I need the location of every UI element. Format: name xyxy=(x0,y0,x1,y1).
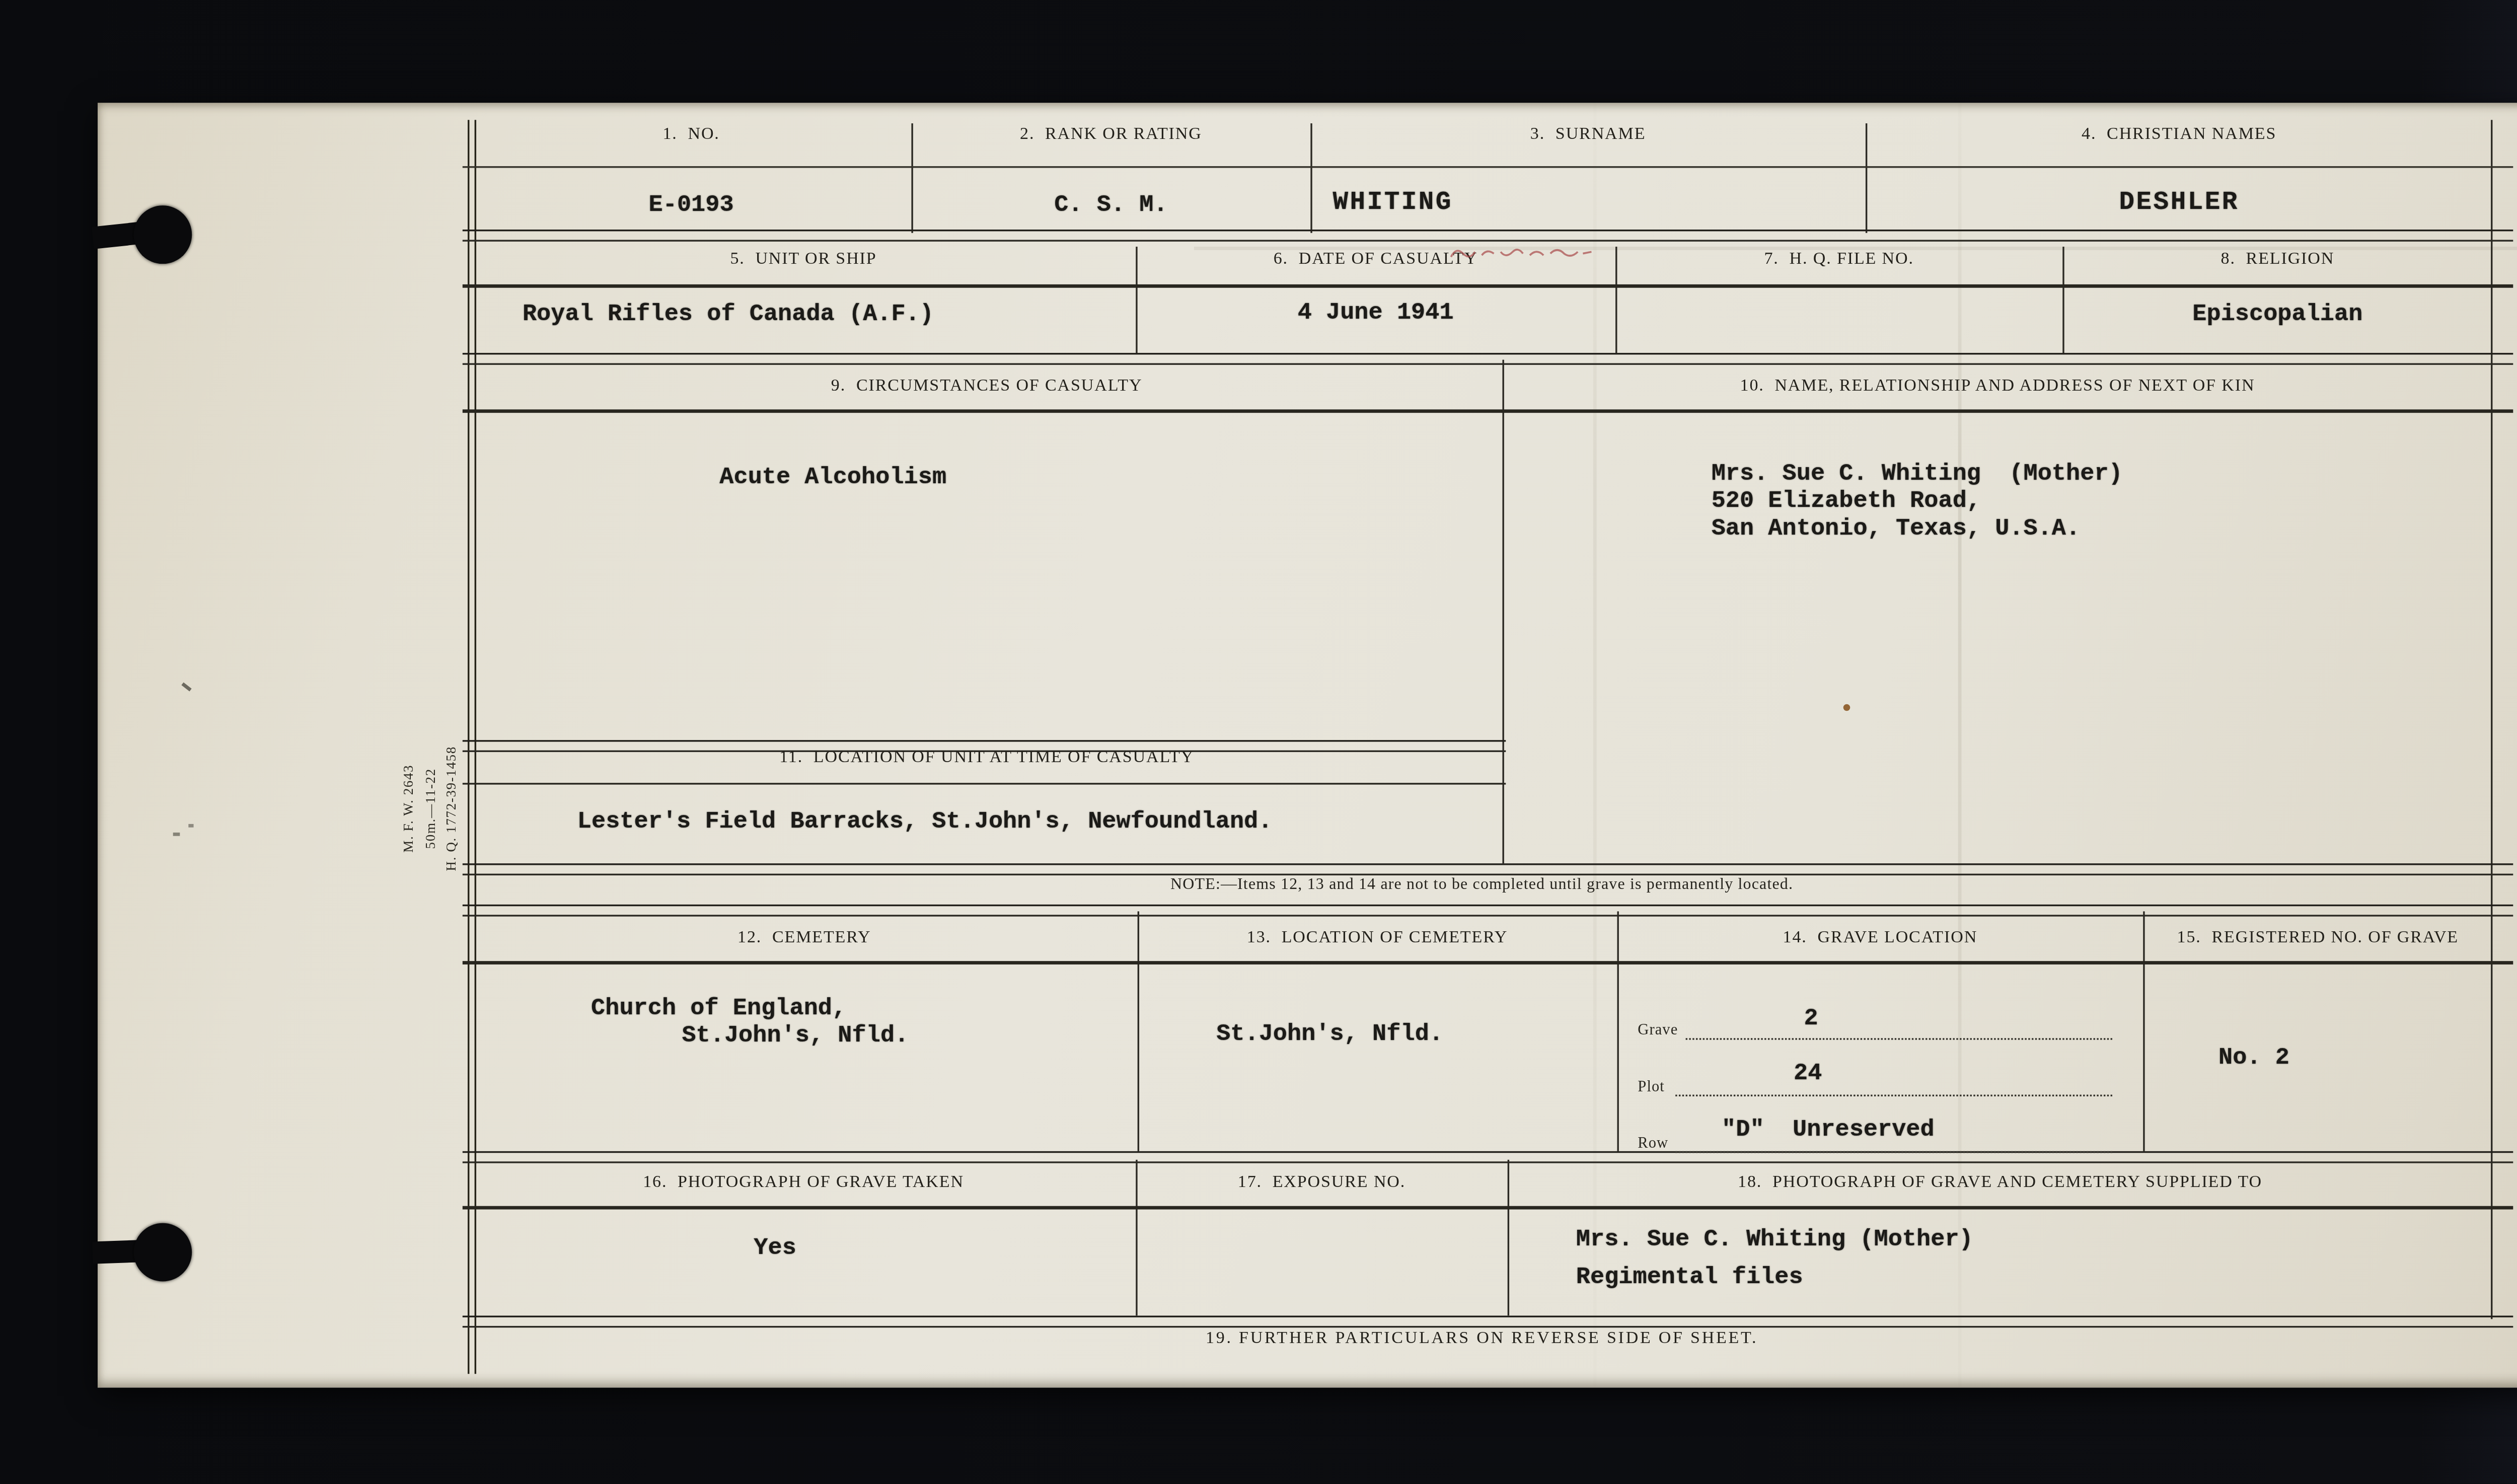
form-number-stamp: M. F. W. 2643 50m.—11-22 H. Q. 1772-39-1… xyxy=(399,697,468,920)
dotted-leader xyxy=(1675,1093,2112,1096)
value-registered-grave-no: No. 2 xyxy=(2218,1045,2289,1074)
field-label-exposure: 17. EXPOSURE NO. xyxy=(1136,1173,1507,1194)
field-label-photo-taken: 16. PHOTOGRAPH OF GRAVE TAKEN xyxy=(471,1173,1136,1194)
rule xyxy=(463,166,2513,168)
double-rule xyxy=(463,230,2513,241)
field-label-circumstances: 9. CIRCUMSTANCES OF CASUALTY xyxy=(471,377,1503,398)
field-label-christian-names: 4. CHRISTIAN NAMES xyxy=(1866,125,2493,145)
rule xyxy=(463,1206,2513,1209)
field-label-photo-supplied: 18. PHOTOGRAPH OF GRAVE AND CEMETERY SUP… xyxy=(1508,1173,2493,1194)
value-date-of-casualty: 4 June 1941 xyxy=(1136,300,1615,329)
footer-note: 19. FURTHER PARTICULARS ON REVERSE SIDE … xyxy=(471,1329,2493,1348)
fold-crease xyxy=(1593,103,1597,1387)
value-cemetery-location: St.John's, Nfld. xyxy=(1216,1021,1443,1050)
pencil-mark xyxy=(182,683,191,691)
dotted-leader xyxy=(1686,1036,2112,1040)
double-rule xyxy=(463,863,2513,874)
value-religion: Episcopalian xyxy=(2062,302,2492,331)
value-plot: 24 xyxy=(1794,1060,1822,1089)
field-label-religion: 8. RELIGION xyxy=(2062,250,2492,271)
dotted-leader xyxy=(1675,1149,2112,1153)
double-rule xyxy=(463,353,2513,364)
field-label-next-of-kin: 10. NAME, RELATIONSHIP AND ADDRESS OF NE… xyxy=(1502,377,2492,398)
stamp-line: 50m.—11-22 xyxy=(420,697,442,920)
value-surname: WHITING xyxy=(1333,188,1453,217)
value-rank: C. S. M. xyxy=(911,192,1310,221)
double-rule xyxy=(463,1316,2513,1327)
field-label-unit: 5. UNIT OR SHIP xyxy=(471,250,1136,271)
value-next-of-kin-line3: San Antonio, Texas, U.S.A. xyxy=(1712,515,2081,545)
value-unit: Royal Rifles of Canada (A.F.) xyxy=(523,302,934,331)
pencil-mark xyxy=(173,833,180,835)
pencil-mark xyxy=(188,824,193,828)
fold-crease xyxy=(1958,103,1962,1387)
rule xyxy=(463,783,1506,785)
value-photo-taken: Yes xyxy=(754,1235,796,1265)
value-photo-supplied-line2: Regimental files xyxy=(1576,1264,1803,1293)
grave-sublabel: Plot xyxy=(1638,1078,1664,1095)
grave-sublabel: Grave xyxy=(1638,1021,1678,1038)
field-label-registered-grave: 15. REGISTERED NO. OF GRAVE xyxy=(2143,928,2492,949)
field-label-cemetery: 12. CEMETERY xyxy=(471,928,1138,949)
value-cemetery-line1: Church of England, xyxy=(591,995,846,1024)
field-label-no: 1. NO. xyxy=(471,125,912,145)
punch-hole-bottom-icon xyxy=(133,1223,192,1282)
red-pencil-marks xyxy=(1448,243,1598,264)
rule xyxy=(463,961,2513,964)
table-right-border xyxy=(2491,120,2493,1319)
field-label-rank: 2. RANK OR RATING xyxy=(911,125,1310,145)
field-label-cemetery-location: 13. LOCATION OF CEMETERY xyxy=(1138,928,1617,949)
grave-sublabel: Row xyxy=(1638,1134,1668,1151)
value-photo-supplied-line1: Mrs. Sue C. Whiting (Mother) xyxy=(1576,1227,1973,1256)
value-service-no: E-0193 xyxy=(471,192,912,221)
value-grave: 2 xyxy=(1804,1006,1818,1035)
value-christian-names: DESHLER xyxy=(1866,188,2493,217)
form-note: NOTE:—Items 12, 13 and 14 are not to be … xyxy=(471,877,2493,894)
value-next-of-kin-line2: 520 Elizabeth Road, xyxy=(1712,488,1981,517)
divider xyxy=(1502,360,1504,863)
field-label-unit-location: 11. LOCATION OF UNIT AT TIME OF CASUALTY xyxy=(471,749,1503,769)
photo-background: M. F. W. 2643 50m.—11-22 H. Q. 1772-39-1… xyxy=(0,0,2517,1483)
field-label-grave-location: 14. GRAVE LOCATION xyxy=(1617,928,2143,949)
fold-crease xyxy=(1194,247,2517,250)
stamp-line: H. Q. 1772-39-1458 xyxy=(442,697,464,920)
value-circumstances: Acute Alcoholism xyxy=(719,464,946,493)
double-rule xyxy=(463,1151,2513,1162)
rule xyxy=(463,409,2513,412)
value-next-of-kin-line1: Mrs. Sue C. Whiting (Mother) xyxy=(1712,461,2123,490)
double-rule xyxy=(463,905,2513,916)
field-label-surname: 3. SURNAME xyxy=(1310,125,1866,145)
punch-hole-top-icon xyxy=(133,205,192,264)
stamp-line: M. F. W. 2643 xyxy=(399,697,421,920)
casualty-record-card: M. F. W. 2643 50m.—11-22 H. Q. 1772-39-1… xyxy=(98,103,2517,1387)
value-unit-location: Lester's Field Barracks, St.John's, Newf… xyxy=(577,808,1273,838)
value-cemetery-line2: St.John's, Nfld. xyxy=(682,1023,909,1052)
paper-stain xyxy=(1843,704,1850,711)
field-label-hq-file-no: 7. H. Q. FILE NO. xyxy=(1615,250,2062,271)
value-row: "D" Unreserved xyxy=(1722,1117,1935,1146)
rule xyxy=(463,284,2513,287)
